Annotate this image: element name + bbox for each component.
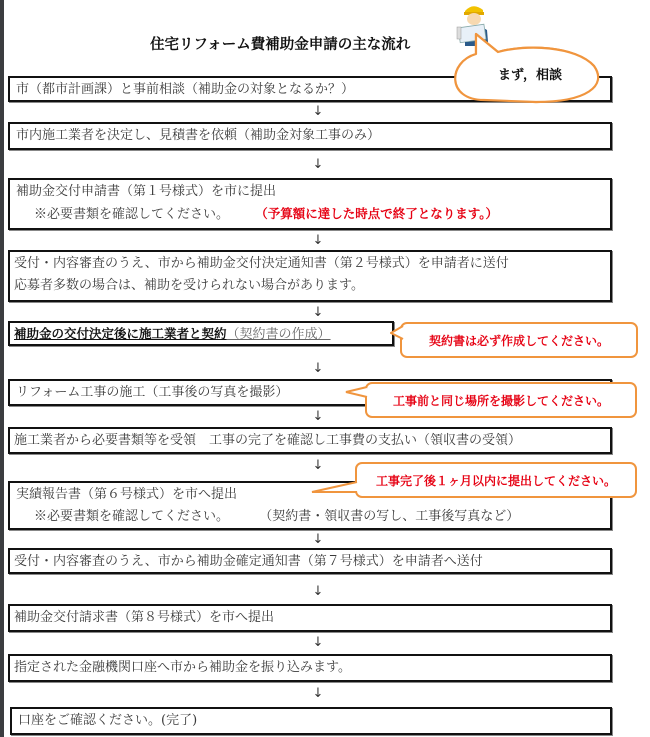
step-2-select-contractor: 市内施工業者を決定し、見積書を依頼（補助金対象工事のみ） — [8, 122, 612, 150]
step-5-contract: 補助金の交付決定後に施工業者と契約（契約書の作成） — [8, 321, 394, 346]
step-text: 受付・内容審査のうえ、市から補助金交付決定通知書（第２号様式）を申請者に送付 — [14, 253, 604, 275]
flow-arrow-icon: ↓ — [312, 687, 324, 701]
flow-arrow-icon: ↓ — [312, 636, 324, 650]
step-text: 市内施工業者を決定し、見積書を依頼（補助金対象工事のみ） — [16, 125, 604, 147]
step-note: ※必要書類を確認してください。 — [34, 207, 229, 222]
left-window-edge — [0, 0, 4, 737]
callout-text: 工事完了後１ヶ月以内に提出してください。 — [376, 472, 616, 489]
step-text: 指定された金融機関口座へ市から補助金を振り込みます。 — [14, 657, 604, 679]
step-3-application: 補助金交付申請書（第１号様式）を市に提出 ※必要書類を確認してください。 （予算… — [8, 178, 612, 230]
flow-arrow-icon: ↓ — [312, 306, 324, 320]
step-text: 受付・内容審査のうえ、市から補助金確定通知書（第７号様式）を申請者へ送付 — [14, 551, 604, 573]
step-11-transfer: 指定された金融機関口座へ市から補助金を振り込みます。 — [8, 654, 612, 682]
step-10-payment-request: 補助金交付請求書（第８号様式）を市へ提出 — [8, 604, 612, 632]
callout-photo-same-place: 工事前と同じ場所を撮影してください。 — [365, 382, 637, 418]
flow-arrow-icon: ↓ — [312, 459, 324, 473]
step-note: ※必要書類を確認してください。 — [34, 509, 229, 524]
flow-arrow-icon: ↓ — [312, 234, 324, 248]
step-note-docs: （契約書・領収書の写し、工事後写真など） — [259, 509, 519, 524]
step-text: （契約書の作成） — [227, 327, 331, 342]
flow-arrow-icon: ↓ — [312, 362, 324, 376]
callout-submit-within-month: 工事完了後１ヶ月以内に提出してください。 — [355, 462, 637, 498]
flow-arrow-icon: ↓ — [312, 158, 324, 172]
flow-arrow-icon: ↓ — [312, 533, 324, 547]
callout-contract-required: 契約書は必ず作成してください。 — [400, 322, 638, 358]
flow-arrow-icon: ↓ — [312, 410, 324, 424]
callout-text: 契約書は必ず作成してください。 — [429, 332, 609, 349]
budget-warning: （予算額に達した時点で終了となります。） — [255, 206, 498, 221]
step-text: 補助金交付申請書（第１号様式）を市に提出 — [16, 181, 604, 203]
step-text: 施工業者から必要書類等を受領 工事の完了を確認し工事費の支払い（領収書の受領） — [14, 430, 604, 452]
callout-tail-icon — [344, 384, 368, 400]
step-7-payment: 施工業者から必要書類等を受領 工事の完了を確認し工事費の支払い（領収書の受領） — [8, 427, 612, 454]
callout-tail-icon — [390, 324, 404, 342]
page-title: 住宅リフォーム費補助金申請の主な流れ — [150, 33, 440, 54]
step-text-2: 応募者多数の場合は、補助を受けられない場合があります。 — [14, 275, 604, 297]
flow-arrow-icon: ↓ — [312, 105, 324, 119]
callout-text: 工事前と同じ場所を撮影してください。 — [393, 392, 609, 409]
flow-arrow-icon: ↓ — [312, 585, 324, 599]
step-12-complete: 口座をご確認ください。(完了) — [10, 707, 612, 735]
callout-tail-icon — [310, 480, 358, 496]
step-9-final-notice: 受付・内容審査のうえ、市から補助金確定通知書（第７号様式）を申請者へ送付 — [8, 548, 612, 574]
step-text: 口座をご確認ください。(完了) — [18, 710, 604, 732]
step-text: 補助金交付請求書（第８号様式）を市へ提出 — [14, 607, 604, 629]
step-text-bold: 補助金の交付決定後に施工業者と契約 — [14, 326, 227, 341]
speech-bubble-label: まず，相談 — [470, 64, 590, 83]
step-4-review-decision: 受付・内容審査のうえ、市から補助金交付決定通知書（第２号様式）を申請者に送付 応… — [8, 250, 612, 302]
